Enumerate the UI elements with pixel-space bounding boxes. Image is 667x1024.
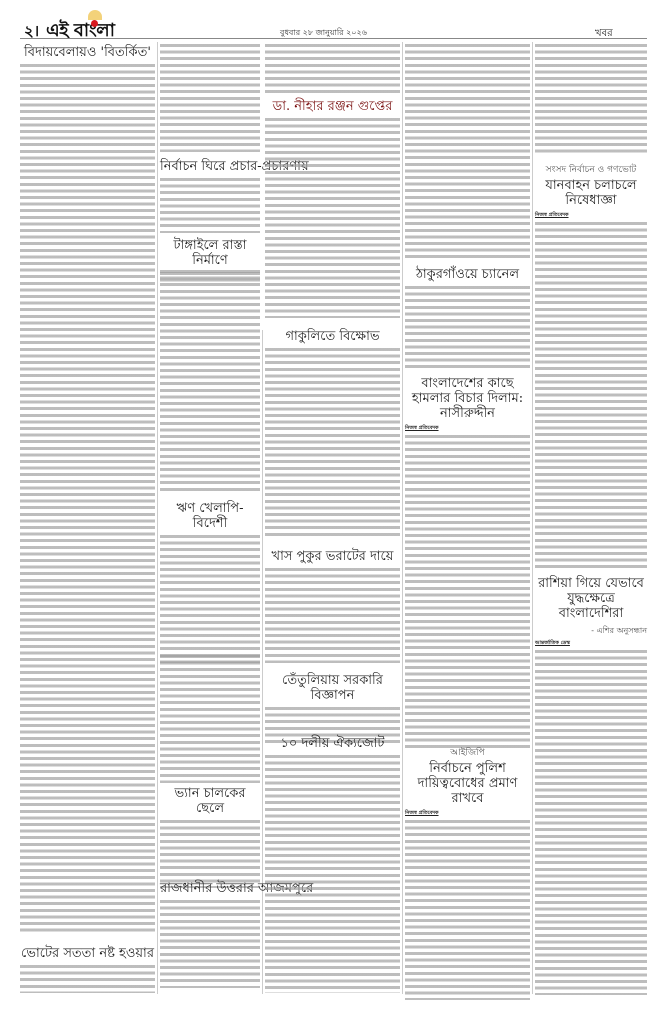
story-s5-intro xyxy=(405,44,530,264)
headline: ঋণ খেলাপি-বিদেশী xyxy=(160,502,260,532)
header-rule xyxy=(20,38,647,39)
headline: বাংলাদেশের কাছে হামলার বিচার দিলাম: নাসী… xyxy=(405,377,530,422)
headline: ভোটের সততা নষ্ট হওয়ার xyxy=(20,947,155,962)
article-body xyxy=(160,655,260,783)
article-body xyxy=(160,900,260,988)
article-body xyxy=(265,118,400,318)
article-body xyxy=(265,44,400,94)
headline: নির্বাচন ঘিরে প্রচার-প্রচারণায় xyxy=(160,160,260,175)
article-body xyxy=(535,44,647,156)
story-s14: আইজিপি নির্বাচনে পুলিশ দায়িত্ববোধের প্র… xyxy=(405,745,530,995)
kicker: আইজিপি xyxy=(405,745,530,760)
article-body xyxy=(265,568,400,663)
article-body xyxy=(265,755,400,993)
story-s13: ১০ দলীয় ঐক্যজোট xyxy=(265,735,400,995)
article-body xyxy=(160,270,260,492)
story-s16: রাজধানীর উত্তরার আজমপুরে xyxy=(160,880,260,990)
story-s2-intro xyxy=(160,44,260,154)
headline: ভ্যান চালকের ছেলে xyxy=(160,787,260,817)
headline: টাঙ্গাইলে রাস্তা নির্মাণে xyxy=(160,239,260,269)
headline: খাস পুকুর ভরাটের দায়ে xyxy=(265,550,400,565)
story-s8: গাকুলিতে বিক্ষোভ xyxy=(265,328,400,538)
article-body xyxy=(405,820,530,1000)
article-body xyxy=(160,820,260,888)
article-body xyxy=(405,286,530,371)
article-body xyxy=(20,64,155,934)
page-number: ২। xyxy=(24,20,39,45)
kicker: সংসদ নির্বাচন ও গণভোট xyxy=(535,162,647,177)
column-divider xyxy=(157,42,158,994)
newspaper-logo: এই বাংলা xyxy=(46,16,114,47)
author: - এশির অনুসন্ধান xyxy=(535,625,647,638)
story-s7: বাংলাদেশের কাছে হামলার বিচার দিলাম: নাসী… xyxy=(405,375,530,735)
headline: রাশিয়া গিয়ে যেভাবে যুদ্ধক্ষেত্রে বাংলা… xyxy=(535,577,647,622)
story-s11: রাশিয়া গিয়ে যেভাবে যুদ্ধক্ষেত্রে বাংলা… xyxy=(535,575,647,995)
sun-icon xyxy=(88,10,102,20)
headline: বিদায়বেলায়ও 'বিতর্কিত' xyxy=(20,46,155,61)
headline: নির্বাচনে পুলিশ দায়িত্ববোধের প্রমাণ রাখ… xyxy=(405,762,530,807)
story-s2: নির্বাচন ঘিরে প্রচার-প্রচারণায় xyxy=(160,158,260,233)
story-s3-intro xyxy=(265,44,400,96)
headline: গাকুলিতে বিক্ষোভ xyxy=(265,330,400,345)
headline: ১০ দলীয় ঐক্যজোট xyxy=(265,737,400,752)
story-s3: ডা. নীহার রঞ্জন গুপ্তের xyxy=(265,98,400,323)
story-s6: সংসদ নির্বাচন ও গণভোট যানবাহন চলাচলে নিষ… xyxy=(535,162,647,562)
article-body xyxy=(405,44,530,262)
story-s1: বিদায়বেলায়ও 'বিতর্কিত' xyxy=(20,44,155,939)
column-divider xyxy=(532,42,533,994)
story-s17: ভোটের সততা নষ্ট হওয়ার xyxy=(20,945,155,995)
article-body xyxy=(160,44,260,152)
story-s5: ঠাকুরগাঁওয়ে চ্যানেল xyxy=(405,266,530,371)
article-body xyxy=(405,435,530,750)
section-label: খবর xyxy=(595,26,613,43)
byline: আন্তর্জাতিক ডেস্ক xyxy=(535,640,647,648)
column-divider xyxy=(402,42,403,994)
article-body xyxy=(20,965,155,993)
headline: তেঁতুলিয়ায় সরকারি বিজ্ঞাপন xyxy=(265,674,400,704)
story-s12: তেঁতুলিয়ায় সরকারি বিজ্ঞাপন xyxy=(265,672,400,732)
article-body xyxy=(265,348,400,536)
story-s9: ঋণ খেলাপি-বিদেশী xyxy=(160,500,260,650)
byline: নিজস্ব প্রতিবেদক xyxy=(405,425,530,433)
story-s6-intro xyxy=(535,44,647,159)
story-s4: টাঙ্গাইলে রাস্তা নির্মাণে xyxy=(160,237,260,267)
story-s15: ভ্যান চালকের ছেলে xyxy=(160,785,260,875)
story-s9-cont xyxy=(160,655,260,785)
byline: নিজস্ব প্রতিবেদক xyxy=(405,810,530,818)
masthead: ২। এই বাংলা বুধবার ২৮ জানুয়ারি ২০২৬ খবর xyxy=(0,0,667,40)
headline: ডা. নীহার রঞ্জন গুপ্তের xyxy=(265,100,400,115)
story-s10: খাস পুকুর ভরাটের দায়ে xyxy=(265,548,400,668)
article-body xyxy=(160,178,260,233)
article-body xyxy=(160,535,260,663)
article-body xyxy=(535,222,647,570)
headline: ঠাকুরগাঁওয়ে চ্যানেল xyxy=(405,268,530,283)
red-dot-icon xyxy=(91,20,98,27)
story-s4-body xyxy=(160,270,260,495)
headline: রাজধানীর উত্তরার আজমপুরে xyxy=(160,882,260,897)
article-body xyxy=(535,650,647,995)
byline: নিজস্ব প্রতিবেদক xyxy=(535,212,647,220)
headline: যানবাহন চলাচলে নিষেধাজ্ঞা xyxy=(535,179,647,209)
